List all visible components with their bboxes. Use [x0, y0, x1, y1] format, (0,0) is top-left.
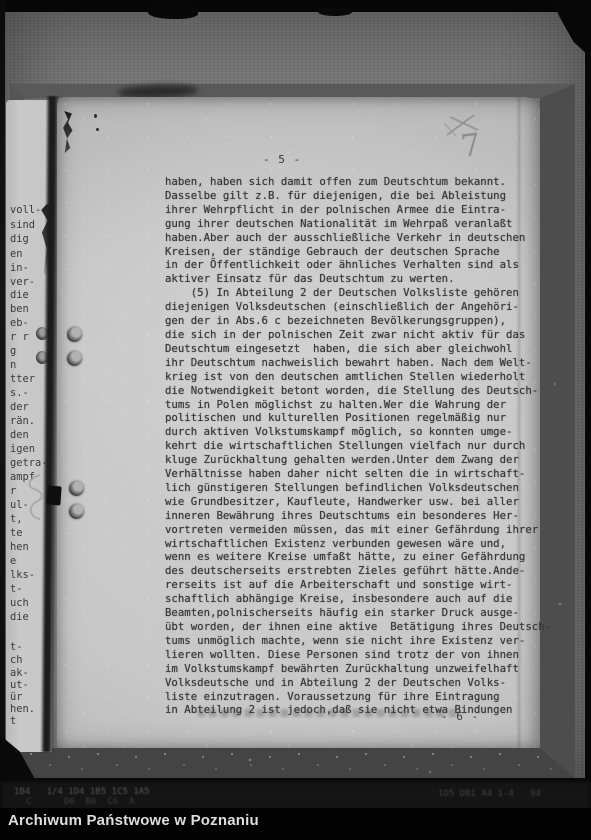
typed-text-line: lieren wollten. Diese Personen sind trot…: [165, 648, 545, 662]
typed-text-line: vortreten vermeiden müssen, das mit eine…: [165, 523, 545, 537]
page-edge-text-fragment: n: [10, 359, 16, 371]
page-number-bottom: - 6 -: [441, 710, 479, 723]
typed-text-line: des deutscherseits erstrebten Zieles gef…: [165, 564, 545, 578]
typed-text-line: wenn es weitere Kreise umfaßt hätte, zu …: [165, 550, 545, 564]
page-edge-text-fragment: hen.: [10, 703, 35, 715]
typed-text-line: schaftlich abhängige Kreise, insbesonder…: [165, 592, 545, 606]
page-edge-text-fragment: dig: [10, 233, 29, 245]
punch-hole: [67, 351, 82, 366]
typed-text-line: die sich in der polnischen Zeit zwar nic…: [165, 328, 545, 342]
typed-text-line: diejenigen Volksdeutschen (einschließlic…: [165, 300, 545, 314]
page-edge-text-fragment: den: [10, 429, 29, 441]
typed-text-line: politischen und kulturellen Positionen r…: [165, 411, 545, 425]
document-page: - 5 - haben, haben sich damit offen zum …: [57, 97, 540, 748]
page-edge-text-fragment: ch: [10, 654, 23, 666]
page-edge-text-fragment: hen: [10, 541, 29, 553]
typed-text-line: krieg ist von den deutschen amtlichen St…: [165, 370, 545, 384]
page-edge-text-fragment: ür: [10, 691, 23, 703]
page-edge-text-fragment: s.-: [10, 387, 29, 399]
typed-text-block: haben, haben sich damit offen zum Deutsc…: [165, 175, 545, 717]
page-edge-text-fragment: ak-: [10, 667, 29, 679]
typed-text-line: (5) In Abteilung 2 der Deutschen Volksli…: [165, 286, 545, 300]
typed-text-line: aktiver Einsatz für das Deutschtum zu we…: [165, 272, 545, 286]
page-edge-text-fragment: t-: [10, 641, 23, 653]
typed-text-line: liste einzutragen. Voraussetzung für ihr…: [165, 690, 545, 704]
typed-text-line: haben.Aber auch der ausschließliche Verk…: [165, 231, 545, 245]
typed-text-line: die Notwendigkeit betont worden, die Ste…: [165, 384, 545, 398]
page-edge-text-fragment: eb-: [10, 317, 29, 329]
page-edge-text-fragment: der: [10, 401, 29, 413]
typed-text-line: Verhältnisse haben daher nicht selten di…: [165, 467, 545, 481]
page-edge-text-fragment: sind: [10, 219, 35, 231]
ink-blot-mark: [46, 486, 61, 506]
frame-dust-speckles: [24, 748, 564, 778]
typed-text-line: haben, haben sich damit offen zum Deutsc…: [165, 175, 545, 189]
page-edge-text-fragment: lks-: [10, 569, 35, 581]
typed-text-line: Kreisen, der ständige Gebrauch der deuts…: [165, 245, 545, 259]
typed-text-line: durch aktiven Volkstumskampf möglich, so…: [165, 425, 545, 439]
page-edge-text-fragment: die: [10, 611, 29, 623]
typed-text-line: Dasselbe gilt z.B. für diejenigen, die b…: [165, 189, 545, 203]
photo-border-right: [585, 0, 591, 780]
page-edge-text-fragment: e: [10, 555, 16, 567]
page-edge-text-fragment: t,: [10, 513, 23, 525]
page-edge-text-fragment: ver-: [10, 276, 35, 288]
film-edge-code: C D6 B6 C6 A: [26, 797, 134, 807]
page-edge-text-fragment: t: [10, 715, 16, 727]
photo-border-blob: [148, 6, 198, 19]
page-edge-text-fragment: die: [10, 289, 29, 301]
page-edge-text-fragment: ut-: [10, 679, 29, 691]
typed-text-line: im Volkstumskampf bewährten Zurückhaltun…: [165, 662, 545, 676]
film-edge-code: 1B4 1/4 1D4 1B5 1C5 1A5: [14, 787, 149, 797]
punch-hole: [69, 481, 84, 496]
typed-text-line: tums unmöglich machte, wenn sie nicht ih…: [165, 634, 545, 648]
page-edge-text-fragment: t-: [10, 583, 23, 595]
typed-text-line: wirtschaftlichen Existenz verbunden gewe…: [165, 537, 545, 551]
page-edge-text-fragment: tter: [10, 373, 35, 385]
archive-caption: Archiwum Państwowe w Poznaniu: [8, 812, 259, 829]
pencil-page-number: 7: [459, 125, 498, 169]
page-edge-text-fragment: r: [10, 485, 16, 497]
typed-text-line: Volksdeutsche und in Abteilung 2 der Deu…: [165, 676, 545, 690]
erased-text-smudge: [197, 709, 459, 717]
archival-scan-photo: voll-sinddigenin-ver-diebeneb-r rgntters…: [0, 0, 591, 840]
page-edge-text-fragment: in-: [10, 262, 29, 274]
page-edge-text-fragment: g: [10, 345, 16, 357]
stain-dot: [94, 114, 97, 118]
typed-text-line: ihr Deutschtum nachweislich bewahrt habe…: [165, 356, 545, 370]
page-edge-text-fragment: voll-: [10, 204, 41, 216]
page-edge-text-fragment: rän.: [10, 415, 35, 427]
typed-text-line: wie Grundbesitzer, Kaufleute, Handwerker…: [165, 495, 545, 509]
typed-text-line: lich günstigeren Stellungen befindlichen…: [165, 481, 545, 495]
photo-border-top: [0, 0, 591, 12]
photo-border-left: [0, 0, 5, 760]
typed-text-line: gen der in Abs.6 c bezeichneten Bevölker…: [165, 314, 545, 328]
typed-text-line: tums in Polen möglichst zu halten.Wer di…: [165, 398, 545, 412]
typed-text-line: Deutschtum eingesetzt haben, die sich ab…: [165, 342, 545, 356]
typed-text-line: in der Öffentlichkeit oder ähnliches Ver…: [165, 258, 545, 272]
page-edge-text-fragment: ben: [10, 303, 29, 315]
typed-text-line: gung ihrer deutschen Nationalität im Weh…: [165, 217, 545, 231]
film-edge-strip: 1B4 1/4 1D4 1B5 1C5 1A5 C D6 B6 C6 A 1D5…: [0, 778, 591, 808]
typed-text-line: inneren Bewährung ihres Deutschtums ein …: [165, 509, 545, 523]
page-edge-text-fragment: en: [10, 248, 23, 260]
typed-text-line: übt worden, der ihnen eine aktive Betäti…: [165, 620, 545, 634]
typed-text-line: kluge Zurückhaltung gehalten werden.Unte…: [165, 453, 545, 467]
page-edge-text-fragment: igen: [10, 443, 35, 455]
page-edge-text-fragment: uch: [10, 597, 29, 609]
typed-text-line: Beamten,polnischerseits häufig ein stark…: [165, 606, 545, 620]
photo-border-blob: [318, 8, 352, 16]
page-edge-text-fragment: r r: [10, 331, 29, 343]
page-number-top: - 5 -: [263, 153, 301, 166]
typed-text-line: kehrt die wirtschaftlichen Stellungen vi…: [165, 439, 545, 453]
caption-bar: Archiwum Państwowe w Poznaniu: [0, 808, 591, 840]
punch-hole: [67, 327, 82, 342]
punch-hole: [69, 504, 84, 519]
film-edge-code: 1D5 DB1 A4 1-4 94: [438, 789, 541, 799]
typed-text-line: ihrer Wehrpflicht in der polnischen Arme…: [165, 203, 545, 217]
typed-text-line: rerseits ist auf die Arbeiterschaft und …: [165, 578, 545, 592]
page-edge-text-fragment: te: [10, 527, 23, 539]
stain-dot: [96, 128, 99, 131]
